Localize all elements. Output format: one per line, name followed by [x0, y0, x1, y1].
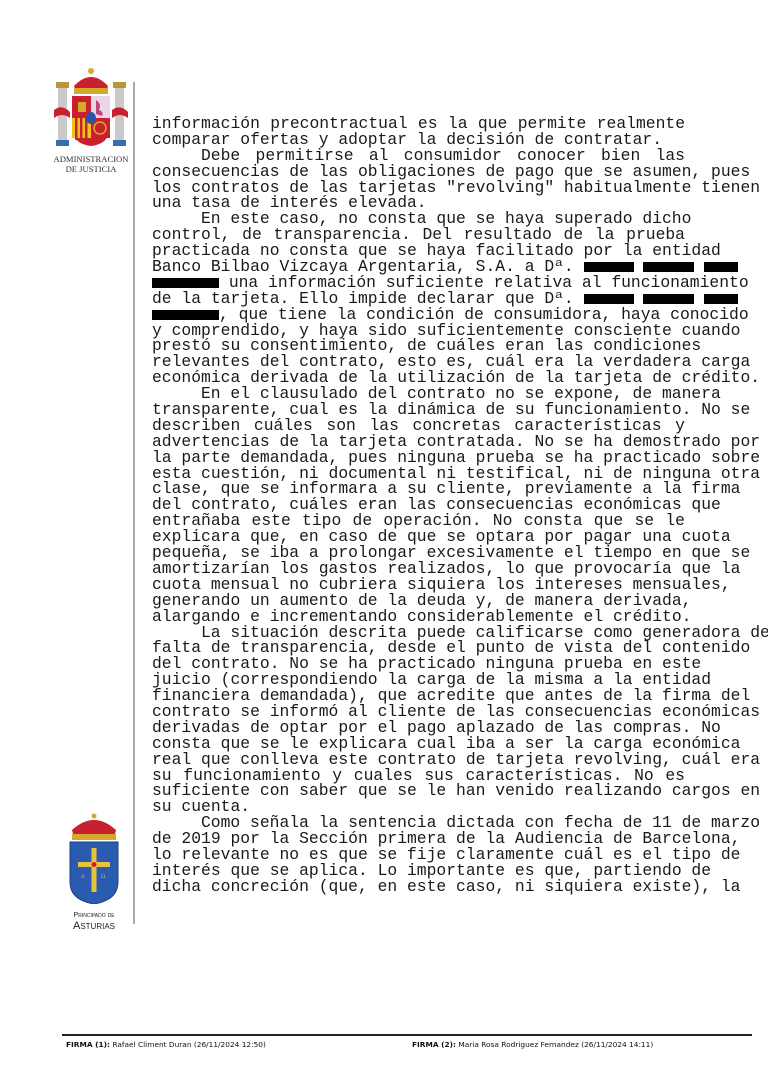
- svg-text:Ω: Ω: [101, 874, 105, 880]
- signature-1: FIRMA (1): Rafael Climent Duran (26/11/2…: [66, 1040, 266, 1049]
- redaction-block: [584, 262, 634, 272]
- document-body: información precontractual es la que per…: [152, 116, 685, 895]
- administracion-justicia-logo: ADMINISTRACION DE JUSTICIA: [52, 66, 132, 176]
- redaction-block: [584, 294, 634, 304]
- signature-1-label: FIRMA (1):: [66, 1040, 110, 1049]
- text-line: dicha concreción (que, en este caso, ni …: [152, 879, 685, 895]
- redaction-block: [704, 262, 738, 272]
- signature-1-value: Rafael Climent Duran (26/11/2024 12:50): [112, 1040, 266, 1049]
- signature-2-value: Maria Rosa Rodriguez Fernandez (26/11/20…: [458, 1040, 653, 1049]
- logo-caption-line1: Principado de: [49, 910, 139, 920]
- redaction-block: [643, 262, 694, 272]
- footer-divider: [62, 1034, 752, 1036]
- asturias-coat-of-arms-icon: A Ω: [66, 812, 122, 904]
- redaction-block: [152, 278, 219, 288]
- svg-text:A: A: [80, 874, 85, 880]
- logo-caption-line2: DE JUSTICIA: [46, 164, 136, 174]
- redaction-block: [643, 294, 694, 304]
- margin-divider: [133, 82, 135, 924]
- logo-caption-line1: ADMINISTRACION: [46, 154, 136, 164]
- logo-caption-line2: Asturias: [49, 920, 139, 932]
- principado-asturias-logo: A Ω Principado de Asturias: [58, 812, 130, 936]
- signature-2: FIRMA (2): Maria Rosa Rodriguez Fernande…: [412, 1040, 653, 1049]
- redaction-block: [704, 294, 738, 304]
- redaction-block: [152, 310, 219, 320]
- spain-coat-of-arms-icon: [52, 66, 132, 148]
- signature-2-label: FIRMA (2):: [412, 1040, 456, 1049]
